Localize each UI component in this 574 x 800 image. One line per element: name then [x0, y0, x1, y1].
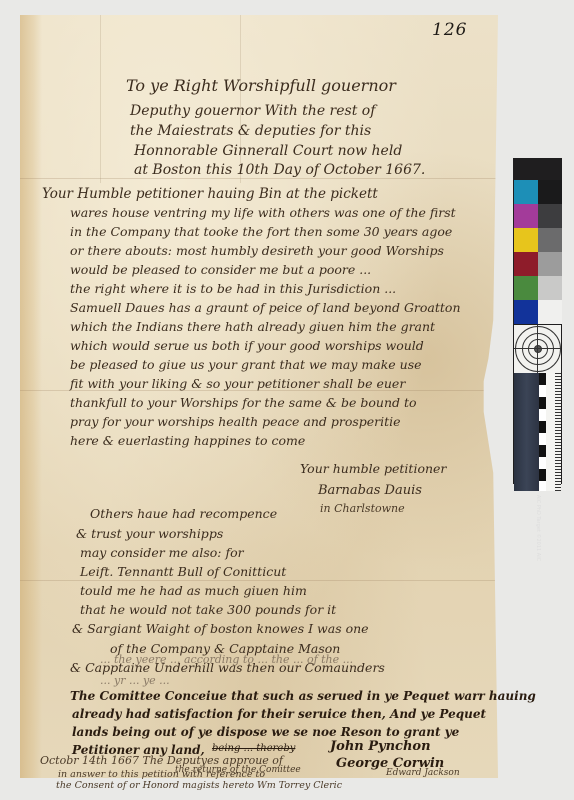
petition-line: the right where it is to be had in this …: [70, 283, 396, 296]
petition-line: pray for your worships health peace and …: [70, 416, 401, 429]
folio-number: 126: [432, 20, 467, 40]
postscript-line: tould me he had as much giuen him: [80, 585, 307, 598]
petition-line: which would serue us both if your good w…: [70, 340, 424, 353]
petition-line: which the Indians there hath already giu…: [70, 321, 435, 334]
committee-signature: John Pynchon: [330, 740, 431, 753]
magenta-patch: [514, 204, 538, 228]
blue-patch: [514, 300, 538, 324]
petition-line: would be pleased to consider me but a po…: [70, 264, 371, 277]
fold-line: [20, 178, 498, 179]
petitioner-signature: Barnabas Dauis: [318, 484, 422, 497]
deputies-line: the Consent of or Honord magists hereto …: [56, 781, 342, 791]
postscript-line: may consider me also: for: [80, 547, 244, 560]
yellow-patch: [514, 228, 538, 252]
target-label: AIC PhD Target ©2011 AIC: [527, 498, 549, 558]
petition-line: Your Humble petitioner hauing Bin at the…: [42, 188, 378, 202]
petition-line: Samuell Daues has a graunt of peice of l…: [70, 302, 461, 315]
postscript-line: that he would not take 300 pounds for it: [80, 604, 336, 617]
color-target-card: AIC PhD Target ©2011 AIC: [513, 158, 562, 484]
closing-line: Your humble petitioner: [300, 463, 446, 476]
ruler-scale: [514, 373, 561, 491]
petition-line: here & euerlasting happines to come: [70, 435, 305, 448]
extra-signature: Edward Jackson: [386, 769, 460, 778]
petitioner-place: in Charlstowne: [320, 503, 405, 514]
committee-line: lands being out of ye dispose we se noe …: [72, 726, 459, 738]
postscript-line: Leift. Tennantt Bull of Conitticut: [80, 566, 286, 579]
postscript-line: & Sargiant Waight of boston knowes I was…: [72, 623, 369, 636]
gray-patch: [538, 180, 562, 204]
address-line: To ye Right Worshipfull gouernor: [126, 78, 396, 94]
postscript-line: & trust your worshipps: [76, 528, 223, 541]
gray-patch: [538, 252, 562, 276]
cyan-patch: [514, 180, 538, 204]
gray-patch: [538, 276, 562, 300]
faint-line: ... yr ... ye ...: [100, 675, 170, 686]
petition-line: in the Company that tooke the fort then …: [70, 226, 452, 239]
petition-line: be pleased to giue us your grant that we…: [70, 359, 422, 372]
fold-line: [20, 580, 498, 581]
petition-line: fit with your liking & so your petitione…: [70, 378, 405, 391]
petition-line: wares house ventring my life with others…: [70, 207, 456, 220]
address-line: Deputhy gouernor With the rest of: [130, 104, 375, 118]
address-line: at Boston this 10th Day of October 1667.: [134, 163, 425, 177]
committee-line: The Comittee Conceiue that such as serue…: [70, 690, 536, 702]
gray-patch: [538, 204, 562, 228]
committee-line: already had satisfaction for their serui…: [72, 708, 486, 720]
edge-stain: [20, 15, 42, 778]
postscript-line: Others haue had recompence: [90, 508, 277, 521]
gray-patch: [538, 228, 562, 252]
faint-line: ... the yeere ... according to ... the .…: [100, 654, 353, 665]
green-patch: [514, 276, 538, 300]
bullseye-target-icon: [514, 325, 561, 373]
struck-text: being ... thereby: [212, 744, 295, 754]
red-patch: [514, 252, 538, 276]
address-line: Honnorable Ginnerall Court now held: [134, 144, 402, 158]
fold-line: [100, 15, 101, 183]
deputies-line: in answer to this petition with referenc…: [58, 770, 265, 780]
address-line: the Maiestrats & deputies for this: [130, 124, 371, 138]
white-patch: [538, 300, 562, 324]
petition-line: or there abouts: most humbly desireth yo…: [70, 245, 444, 258]
petition-line: thankfull to your Worships for the same …: [70, 397, 417, 410]
